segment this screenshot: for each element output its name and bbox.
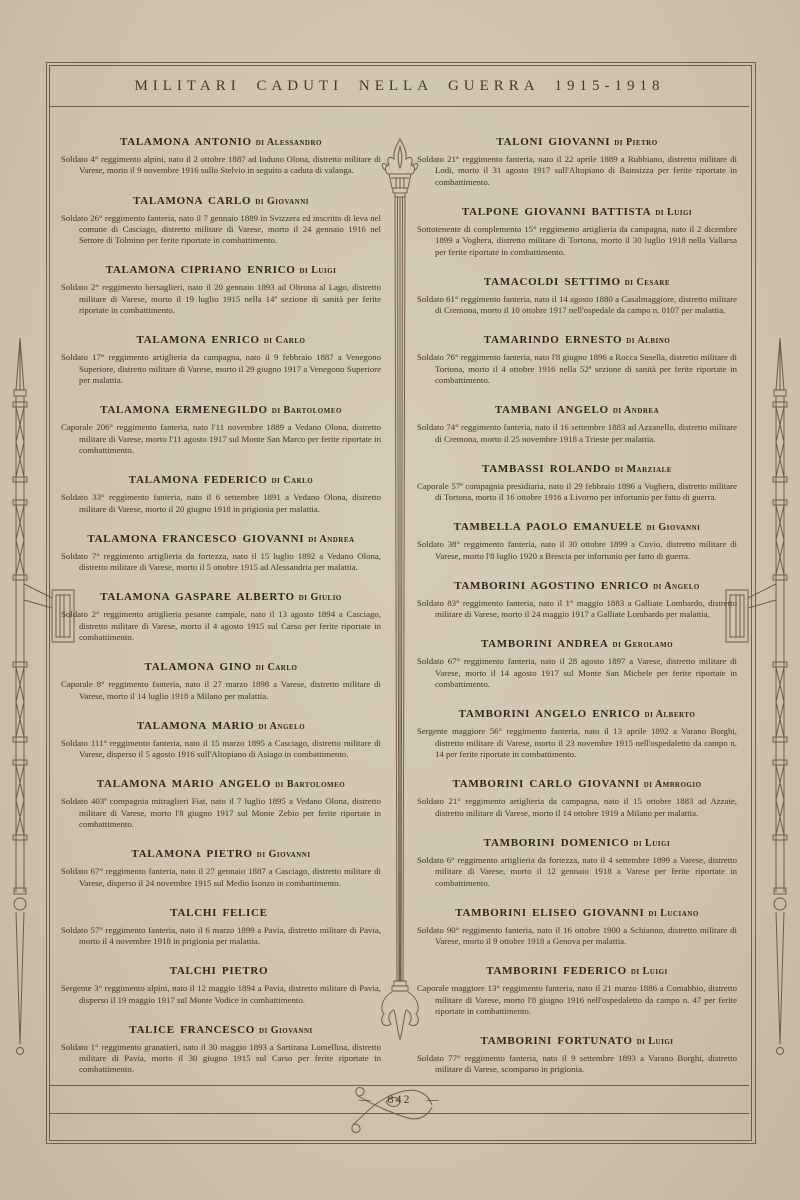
soldier-patronymic: di Cesare bbox=[625, 277, 670, 288]
page-number: — 842 — bbox=[359, 1092, 441, 1107]
soldier-patronymic: di Giulio bbox=[299, 592, 342, 603]
soldier-patronymic: di Luigi bbox=[637, 1036, 674, 1047]
soldier-name: TAMBORINI ANDREA bbox=[481, 638, 609, 650]
soldier-name: TAMBORINI FEDERICO bbox=[486, 965, 627, 977]
soldier-record-text: Soldato 77° reggimento fanteria, nato il… bbox=[417, 1053, 737, 1076]
soldier-entry: TALAMONA FRANCESCO GIOVANNIdi Andrea Sol… bbox=[61, 529, 381, 574]
soldier-entry: TALAMONA CARLOdi Giovanni Soldato 26° re… bbox=[61, 191, 381, 247]
soldier-patronymic: di Carlo bbox=[264, 335, 306, 346]
soldier-name-heading: TAMBORINI FORTUNATOdi Luigi bbox=[417, 1031, 737, 1049]
soldier-record-text: Soldato 67° reggimento fanteria, nato il… bbox=[417, 656, 737, 690]
soldier-name: TALCHI PIETRO bbox=[170, 965, 269, 977]
soldier-record-text: Soldato 2° reggimento bersaglieri, nato … bbox=[61, 282, 381, 316]
soldier-patronymic: di Alessandro bbox=[256, 137, 322, 148]
soldier-name: TALAMONA GASPARE ALBERTO bbox=[100, 591, 295, 603]
soldier-name-heading: TAMARINDO ERNESTOdi Albino bbox=[417, 330, 737, 348]
soldier-name-heading: TALICE FRANCESCOdi Giovanni bbox=[61, 1020, 381, 1038]
soldier-patronymic: di Marziale bbox=[615, 464, 672, 475]
soldier-record-text: Soldato 21° reggimento fanteria, nato il… bbox=[417, 154, 737, 188]
soldier-entry: TALONI GIOVANNIdi Pietro Soldato 21° reg… bbox=[417, 132, 737, 188]
soldier-name-heading: TALAMONA CARLOdi Giovanni bbox=[61, 191, 381, 209]
soldier-record-text: Soldato 4° reggimento alpini, nato il 2 … bbox=[61, 154, 381, 177]
soldier-name-heading: TALONI GIOVANNIdi Pietro bbox=[417, 132, 737, 150]
soldier-name: TALICE FRANCESCO bbox=[129, 1024, 255, 1036]
soldier-entry: TAMBORINI DOMENICOdi Luigi Soldato 6° re… bbox=[417, 833, 737, 889]
soldier-entry: TAMBASSI ROLANDOdi Marziale Caporale 57ª… bbox=[417, 459, 737, 504]
soldier-name-heading: TALAMONA GINOdi Carlo bbox=[61, 657, 381, 675]
soldier-entry: TAMBORINI FORTUNATOdi Luigi Soldato 77° … bbox=[417, 1031, 737, 1076]
soldier-name-heading: TALAMONA CIPRIANO ENRICOdi Luigi bbox=[61, 260, 381, 278]
soldier-entry: TAMBORINI CARLO GIOVANNIdi Ambrogio Sold… bbox=[417, 774, 737, 819]
soldier-name: TALAMONA ENRICO bbox=[137, 334, 260, 346]
soldier-record-text: Caporale 57ª compagnia presidiaria, nato… bbox=[417, 481, 737, 504]
soldier-name: TAMBORINI ELISEO GIOVANNI bbox=[455, 907, 644, 919]
soldier-patronymic: di Alberto bbox=[645, 709, 696, 720]
soldier-name-heading: TAMBORINI ELISEO GIOVANNIdi Luciano bbox=[417, 903, 737, 921]
soldier-patronymic: di Luigi bbox=[631, 966, 668, 977]
soldier-record-text: Soldato 83° reggimento fanteria, nato il… bbox=[417, 598, 737, 621]
soldier-name: TALAMONA PIETRO bbox=[131, 848, 252, 860]
soldier-name-heading: TALAMONA PIETROdi Giovanni bbox=[61, 844, 381, 862]
soldier-record-text: Caporale 206° reggimento fanteria, nato … bbox=[61, 422, 381, 456]
scanned-book-page: MILITARI CADUTI NELLA GUERRA 1915-1918 bbox=[0, 0, 800, 1200]
soldier-name: TAMBORINI ANGELO ENRICO bbox=[459, 708, 641, 720]
soldier-entry: TAMBORINI ANGELO ENRICOdi Alberto Sergen… bbox=[417, 704, 737, 760]
soldier-name: TALAMONA FEDERICO bbox=[129, 474, 268, 486]
soldier-record-text: Soldato 38° reggimento fanteria, nato il… bbox=[417, 539, 737, 562]
column-left: TALAMONA ANTONIOdi Alessandro Soldato 4°… bbox=[61, 132, 381, 1076]
soldier-name-heading: TAMBORINI CARLO GIOVANNIdi Ambrogio bbox=[417, 774, 737, 792]
soldier-name: TALAMONA FRANCESCO GIOVANNI bbox=[87, 533, 304, 545]
soldier-record-text: Soldato 6° reggimento artiglieria da for… bbox=[417, 855, 737, 889]
soldier-name: TAMBORINI AGOSTINO ENRICO bbox=[454, 580, 649, 592]
soldier-entry: TALAMONA MARIO ANGELOdi Bartolomeo Solda… bbox=[61, 774, 381, 830]
soldier-record-text: Soldato 76° reggimento fanteria, nato l'… bbox=[417, 352, 737, 386]
soldier-entry: TALAMONA ENRICOdi Carlo Soldato 17° regg… bbox=[61, 330, 381, 386]
soldier-record-text: Soldato 21° reggimento artiglieria da ca… bbox=[417, 796, 737, 819]
soldier-entry: TALCHI PIETRO Sergente 3° reggimento alp… bbox=[61, 961, 381, 1006]
soldier-entry: TAMBORINI ANDREAdi Gerolamo Soldato 67° … bbox=[417, 634, 737, 690]
soldier-name: TALAMONA GINO bbox=[145, 661, 252, 673]
soldier-entry: TALAMONA ERMENEGILDOdi Bartolomeo Capora… bbox=[61, 400, 381, 456]
soldier-record-text: Soldato 57° reggimento fanteria, nato il… bbox=[61, 925, 381, 948]
soldier-name-heading: TALAMONA ENRICOdi Carlo bbox=[61, 330, 381, 348]
soldier-record-text: Soldato 2° reggimento artiglieria pesant… bbox=[61, 609, 381, 643]
soldier-name: TAMBASSI ROLANDO bbox=[482, 463, 611, 475]
soldier-name-heading: TALAMONA ERMENEGILDOdi Bartolomeo bbox=[61, 400, 381, 418]
soldier-name-heading: TAMBELLA PAOLO EMANUELEdi Giovanni bbox=[417, 517, 737, 535]
soldier-name-heading: TAMBORINI AGOSTINO ENRICOdi Angelo bbox=[417, 576, 737, 594]
soldier-entry: TALAMONA GINOdi Carlo Caporale 8° reggim… bbox=[61, 657, 381, 702]
soldier-name-heading: TAMBASSI ROLANDOdi Marziale bbox=[417, 459, 737, 477]
soldier-record-text: Soldato 33° reggimento fanteria, nato il… bbox=[61, 492, 381, 515]
soldier-patronymic: di Giovanni bbox=[259, 1025, 313, 1036]
soldier-entry: TAMBELLA PAOLO EMANUELEdi Giovanni Solda… bbox=[417, 517, 737, 562]
soldier-name-heading: TAMBORINI DOMENICOdi Luigi bbox=[417, 833, 737, 851]
soldier-name-heading: TALCHI FELICE bbox=[61, 903, 381, 921]
soldier-patronymic: di Bartolomeo bbox=[275, 779, 345, 790]
soldier-name-heading: TALPONE GIOVANNI BATTISTAdi Luigi bbox=[417, 202, 737, 220]
soldier-patronymic: di Pietro bbox=[614, 137, 657, 148]
soldier-record-text: Soldato 61° reggimento fanteria, nato il… bbox=[417, 294, 737, 317]
soldier-name: TAMBELLA PAOLO EMANUELE bbox=[454, 521, 643, 533]
soldier-patronymic: di Giovanni bbox=[255, 196, 309, 207]
soldier-name-heading: TALCHI PIETRO bbox=[61, 961, 381, 979]
soldier-name: TALAMONA MARIO ANGELO bbox=[97, 778, 271, 790]
column-right: TALONI GIOVANNIdi Pietro Soldato 21° reg… bbox=[417, 132, 737, 1076]
soldier-entry: TAMBORINI AGOSTINO ENRICOdi Angelo Solda… bbox=[417, 576, 737, 621]
soldier-name: TAMBANI ANGELO bbox=[495, 404, 609, 416]
soldier-name-heading: TALAMONA FEDERICOdi Carlo bbox=[61, 470, 381, 488]
soldier-entry: TAMBORINI FEDERICOdi Luigi Caporale magg… bbox=[417, 961, 737, 1017]
soldier-entry: TALAMONA CIPRIANO ENRICOdi Luigi Soldato… bbox=[61, 260, 381, 316]
soldier-entry: TAMACOLDI SETTIMOdi Cesare Soldato 61° r… bbox=[417, 272, 737, 317]
soldier-record-text: Soldato 7° reggimento artiglieria da for… bbox=[61, 551, 381, 574]
soldier-entry: TALPONE GIOVANNI BATTISTAdi Luigi Sottot… bbox=[417, 202, 737, 258]
soldier-entry: TALAMONA GASPARE ALBERTOdi Giulio Soldat… bbox=[61, 587, 381, 643]
soldier-record-text: Soldato 67° reggimento fanteria, nato il… bbox=[61, 866, 381, 889]
soldier-record-text: Caporale 8° reggimento fanteria, nato il… bbox=[61, 679, 381, 702]
soldier-record-text: Soldato 26° reggimento fanteria, nato il… bbox=[61, 213, 381, 247]
page-title: MILITARI CADUTI NELLA GUERRA 1915-1918 bbox=[134, 78, 664, 95]
soldier-name-heading: TAMBORINI ANGELO ENRICOdi Alberto bbox=[417, 704, 737, 722]
soldier-name-heading: TAMACOLDI SETTIMOdi Cesare bbox=[417, 272, 737, 290]
soldier-record-text: Sergente maggiore 56° reggimento fanteri… bbox=[417, 726, 737, 760]
soldier-entry: TALICE FRANCESCOdi Giovanni Soldato 1° r… bbox=[61, 1020, 381, 1076]
page-footer: — 842 — bbox=[50, 1085, 749, 1114]
soldier-name: TALAMONA CIPRIANO ENRICO bbox=[106, 264, 296, 276]
soldier-entry: TAMARINDO ERNESTOdi Albino Soldato 76° r… bbox=[417, 330, 737, 386]
soldier-record-text: Soldato 403ª compagnia mitraglieri Fiat,… bbox=[61, 796, 381, 830]
soldier-name: TALAMONA CARLO bbox=[133, 195, 251, 207]
soldier-entry: TAMBANI ANGELOdi Andrea Soldato 74° regg… bbox=[417, 400, 737, 445]
soldier-patronymic: di Luigi bbox=[655, 207, 692, 218]
soldier-name: TALAMONA ERMENEGILDO bbox=[100, 404, 268, 416]
soldier-name: TALPONE GIOVANNI BATTISTA bbox=[462, 206, 651, 218]
soldier-record-text: Soldato 111° reggimento fanteria, nato i… bbox=[61, 738, 381, 761]
soldier-name-heading: TALAMONA MARIOdi Angelo bbox=[61, 716, 381, 734]
soldier-name-heading: TALAMONA GASPARE ALBERTOdi Giulio bbox=[61, 587, 381, 605]
soldier-name-heading: TAMBANI ANGELOdi Andrea bbox=[417, 400, 737, 418]
soldier-record-text: Caporale maggiore 13° reggimento fanteri… bbox=[417, 983, 737, 1017]
soldier-name: TAMACOLDI SETTIMO bbox=[484, 276, 621, 288]
soldier-patronymic: di Albino bbox=[626, 335, 670, 346]
soldier-entry: TALAMONA MARIOdi Angelo Soldato 111° reg… bbox=[61, 716, 381, 761]
soldier-name-heading: TAMBORINI ANDREAdi Gerolamo bbox=[417, 634, 737, 652]
soldier-record-text: Sottotenente di complemento 15° reggimen… bbox=[417, 224, 737, 258]
soldier-patronymic: di Gerolamo bbox=[613, 639, 674, 650]
soldier-name-heading: TALAMONA FRANCESCO GIOVANNIdi Andrea bbox=[61, 529, 381, 547]
entries-area: TALAMONA ANTONIOdi Alessandro Soldato 4°… bbox=[61, 132, 737, 1076]
soldier-patronymic: di Angelo bbox=[258, 721, 305, 732]
soldier-name: TAMARINDO ERNESTO bbox=[484, 334, 622, 346]
soldier-entry: TALCHI FELICE Soldato 57° reggimento fan… bbox=[61, 903, 381, 948]
soldier-patronymic: di Bartolomeo bbox=[272, 405, 342, 416]
soldier-name-heading: TAMBORINI FEDERICOdi Luigi bbox=[417, 961, 737, 979]
soldier-record-text: Soldato 90° reggimento fanteria, nato il… bbox=[417, 925, 737, 948]
soldier-record-text: Soldato 17° reggimento artiglieria da ca… bbox=[61, 352, 381, 386]
soldier-patronymic: di Andrea bbox=[308, 534, 354, 545]
soldier-patronymic: di Luigi bbox=[299, 265, 336, 276]
soldier-patronymic: di Angelo bbox=[653, 581, 700, 592]
soldier-name: TALAMONA ANTONIO bbox=[120, 136, 252, 148]
soldier-patronymic: di Luigi bbox=[633, 838, 670, 849]
soldier-patronymic: di Giovanni bbox=[647, 522, 701, 533]
soldier-name: TALAMONA MARIO bbox=[137, 720, 255, 732]
soldier-entry: TALAMONA ANTONIOdi Alessandro Soldato 4°… bbox=[61, 132, 381, 177]
soldier-patronymic: di Giovanni bbox=[257, 849, 311, 860]
soldier-record-text: Sergente 3° reggimento alpini, nato il 1… bbox=[61, 983, 381, 1006]
soldier-entry: TALAMONA FEDERICOdi Carlo Soldato 33° re… bbox=[61, 470, 381, 515]
soldier-patronymic: di Ambrogio bbox=[644, 779, 702, 790]
soldier-name: TAMBORINI CARLO GIOVANNI bbox=[452, 778, 639, 790]
soldier-patronymic: di Luciano bbox=[648, 908, 698, 919]
soldier-name: TALONI GIOVANNI bbox=[496, 136, 610, 148]
soldier-name-heading: TALAMONA ANTONIOdi Alessandro bbox=[61, 132, 381, 150]
soldier-patronymic: di Andrea bbox=[613, 405, 659, 416]
soldier-name: TALCHI FELICE bbox=[170, 907, 267, 919]
soldier-entry: TALAMONA PIETROdi Giovanni Soldato 67° r… bbox=[61, 844, 381, 889]
soldier-name-heading: TALAMONA MARIO ANGELOdi Bartolomeo bbox=[61, 774, 381, 792]
soldier-patronymic: di Carlo bbox=[271, 475, 313, 486]
soldier-record-text: Soldato 1° reggimento granatieri, nato i… bbox=[61, 1042, 381, 1076]
soldier-name: TAMBORINI DOMENICO bbox=[484, 837, 629, 849]
soldier-patronymic: di Carlo bbox=[256, 662, 298, 673]
page-header: MILITARI CADUTI NELLA GUERRA 1915-1918 bbox=[50, 66, 749, 107]
soldier-name: TAMBORINI FORTUNATO bbox=[480, 1035, 632, 1047]
soldier-record-text: Soldato 74° reggimento fanteria, nato il… bbox=[417, 422, 737, 445]
soldier-entry: TAMBORINI ELISEO GIOVANNIdi Luciano Sold… bbox=[417, 903, 737, 948]
